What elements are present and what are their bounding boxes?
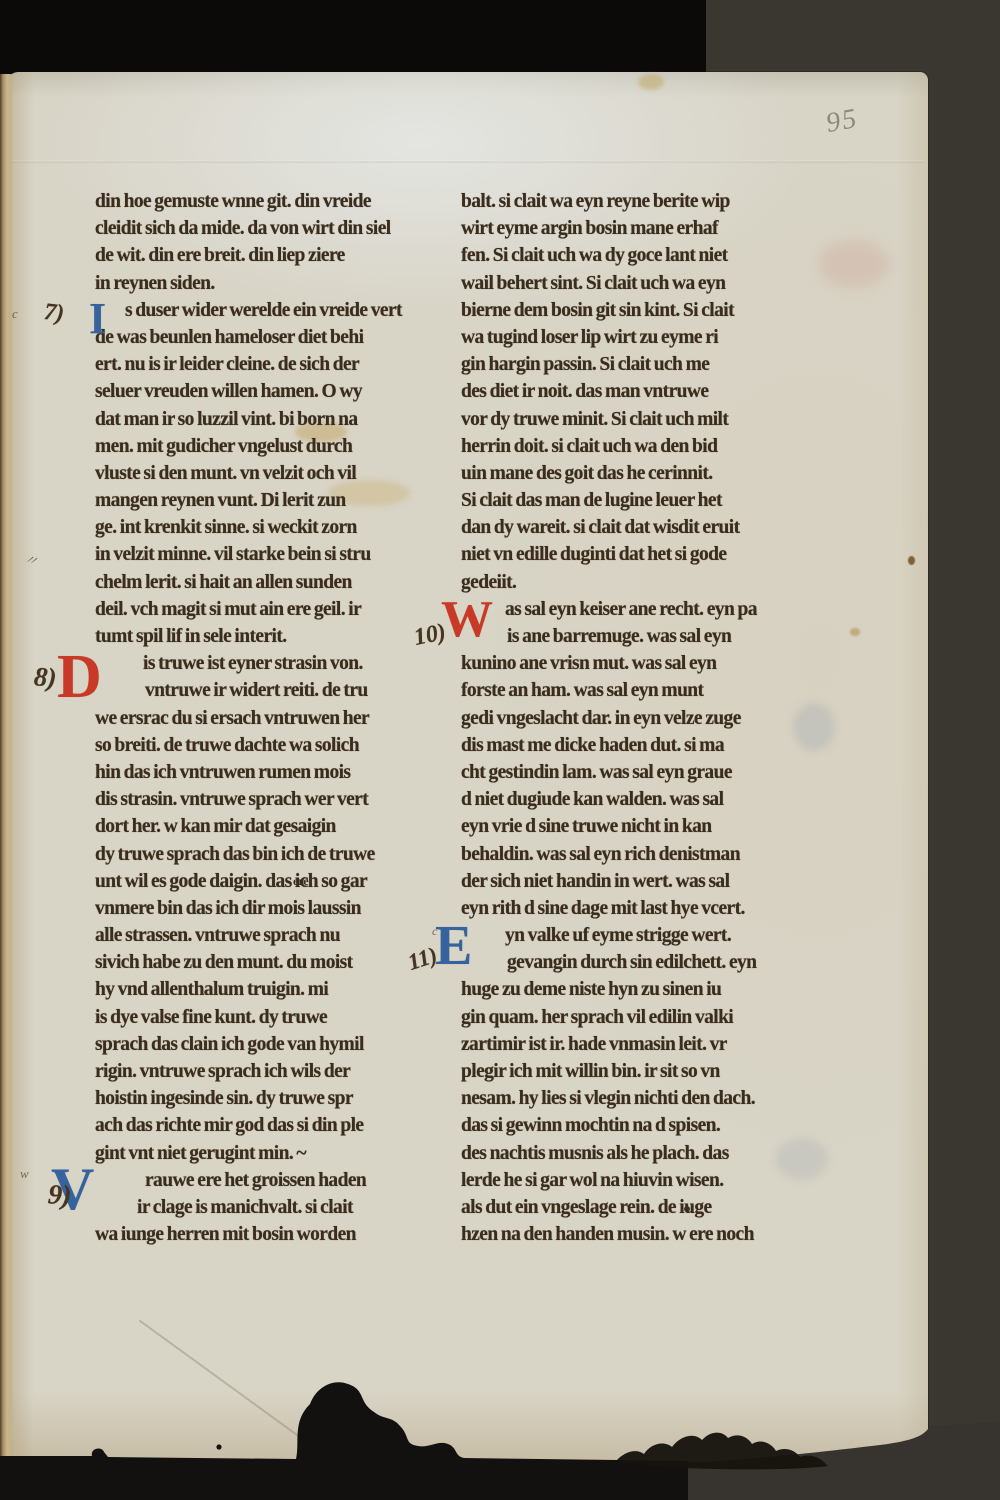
text-line: in velzit minne. vil starke bein si stru bbox=[95, 541, 440, 568]
text-line: des diet ir noit. das man vntruwe bbox=[461, 378, 845, 405]
text-line: chelm lerit. si hait an allen sunden bbox=[95, 569, 440, 596]
text-line: nesam. hy lies si vlegin nichti den dach… bbox=[461, 1085, 845, 1112]
text-line: is dye valse fine kunt. dy truwe bbox=[95, 1004, 440, 1031]
text-line: ach das richte mir god das si din ple bbox=[95, 1112, 440, 1139]
text-line: huge zu deme niste hyn zu sinen iu bbox=[461, 976, 845, 1003]
text-line: als dut ein vngeslage rein. de iuge bbox=[461, 1194, 845, 1221]
text-line: alle strassen. vntruwe sprach nu bbox=[95, 922, 440, 949]
text-line: s duser wider werelde ein vreide vert bbox=[125, 297, 440, 324]
text-line: eyn rith d sine dage mit last hye vcert. bbox=[461, 895, 845, 922]
text-line: seluer vreuden willen hamen. O wy bbox=[95, 378, 440, 405]
text-column-left: din hoe gemuste wnne git. din vreideclei… bbox=[95, 188, 440, 1248]
text-line: wa iunge herren mit bosin worden bbox=[95, 1221, 440, 1248]
text-line: uin mane des goit das he cerinnit. bbox=[461, 460, 845, 487]
text-line: de wit. din ere breit. din liep ziere bbox=[95, 242, 440, 269]
interlinear-insertion: ere bbox=[293, 874, 309, 889]
text-line: des nachtis musnis als he plach. das bbox=[461, 1140, 845, 1167]
text-line: hzen na den handen musin. w ere noch bbox=[461, 1221, 845, 1248]
burn-hole-blob bbox=[0, 1382, 688, 1500]
text-line: niet vn edille duginti dat het si gode bbox=[461, 541, 845, 568]
text-line: hin das ich vntruwen rumen mois bbox=[95, 759, 440, 786]
text-line: dy truwe sprach das bin ich de truwe bbox=[95, 841, 440, 868]
soot-speck bbox=[216, 1444, 221, 1449]
text-line: Si clait das man de lugine leuer het bbox=[461, 487, 845, 514]
text-line: gevangin durch sin edilchett. eyn bbox=[507, 949, 845, 976]
text-line: men. mit gudicher vngelust durch bbox=[95, 433, 440, 460]
manuscript-section: Is duser wider werelde ein vreide vertde… bbox=[95, 297, 440, 650]
text-line: vluste si den munt. vn velzit och vil bbox=[95, 460, 440, 487]
text-line: wail behert sint. Si clait uch wa eyn bbox=[461, 270, 845, 297]
text-line: lerde he si gar wol na hiuvin wisen. bbox=[461, 1167, 845, 1194]
manuscript-section: balt. si clait wa eyn reyne berite wipwi… bbox=[461, 188, 845, 596]
manuscript-photograph: { "photo": { "page_number": "95" }, "col… bbox=[0, 0, 1000, 1500]
margin-number-9: 9) bbox=[47, 1179, 73, 1213]
text-line: eyn vrie d sine truwe nicht in kan bbox=[461, 813, 845, 840]
text-line: behaldin. was sal eyn rich denistman bbox=[461, 841, 845, 868]
parchment-crease bbox=[12, 160, 924, 163]
text-line: unt wil es gode daigin. das ich so gar bbox=[95, 868, 440, 895]
text-line: deil. vch magit si mut ain ere geil. ir bbox=[95, 596, 440, 623]
text-line: cleidit sich da mide. da von wirt din si… bbox=[95, 215, 440, 242]
text-line: gin hargin passin. Si clait uch me bbox=[461, 351, 845, 378]
text-line: gint vnt niet gerugint min. ~ bbox=[95, 1140, 440, 1167]
correction-mark: w bbox=[20, 1166, 29, 1182]
illuminated-initial-W: W bbox=[441, 594, 493, 646]
text-line: in reynen siden. bbox=[95, 270, 440, 297]
text-line: dort her. w kan mir dat gesaigin bbox=[95, 813, 440, 840]
text-line: rauwe ere het groissen haden bbox=[145, 1167, 440, 1194]
text-column-right: balt. si clait wa eyn reyne berite wipwi… bbox=[461, 188, 845, 1248]
margin-number-8: 8) bbox=[33, 661, 58, 693]
text-line: hy vnd allenthalum truigin. mi bbox=[95, 976, 440, 1003]
text-line: de was beunlen hameloser diet behi bbox=[95, 324, 440, 351]
text-line: mangen reynen vunt. Di lerit zun bbox=[95, 487, 440, 514]
burn-damage bbox=[0, 1330, 1000, 1500]
text-line: vntruwe ir widert reiti. de tru bbox=[145, 677, 440, 704]
text-line: kunino ane vrisn mut. was sal eyn bbox=[461, 650, 845, 677]
text-line: plegir ich mit willin bin. ir sit so vn bbox=[461, 1058, 845, 1085]
text-line: ir clage is manichvalt. si clait bbox=[137, 1194, 440, 1221]
text-line: tumt spil lif in sele interit. bbox=[95, 623, 440, 650]
text-line: dis mast me dicke haden dut. si ma bbox=[461, 732, 845, 759]
text-line: sivich habe zu den munt. du moist bbox=[95, 949, 440, 976]
text-line: d niet dugiude kan walden. was sal bbox=[461, 786, 845, 813]
binding-edge bbox=[0, 74, 14, 1462]
text-line: ge. int krenkit sinne. si weckit zorn bbox=[95, 514, 440, 541]
text-line: gin quam. her sprach vil edilin valki bbox=[461, 1004, 845, 1031]
text-line: yn valke uf eyme strigge wert. bbox=[505, 922, 845, 949]
text-line: forste an ham. was sal eyn munt bbox=[461, 677, 845, 704]
illuminated-initial-D: D bbox=[57, 646, 102, 708]
text-line: dat man ir so luzzil vint. bi born na bbox=[95, 406, 440, 433]
text-line: rigin. vntruwe sprach ich wils der bbox=[95, 1058, 440, 1085]
text-line: vor dy truwe minit. Si clait uch milt bbox=[461, 406, 845, 433]
book-gutter-shadow bbox=[0, 0, 706, 78]
margin-number-7: 7) bbox=[43, 299, 66, 328]
text-line: sprach das clain ich gode van hymil bbox=[95, 1031, 440, 1058]
text-line: so breiti. de truwe dachte wa solich bbox=[95, 732, 440, 759]
manuscript-section: Eyn valke uf eyme strigge wert.gevangin … bbox=[461, 922, 845, 1248]
text-line: dis strasin. vntruwe sprach wer vert bbox=[95, 786, 440, 813]
text-line: dan dy wareit. si clait dat wisdit eruit bbox=[461, 514, 845, 541]
text-line: herrin doit. si clait uch wa den bid bbox=[461, 433, 845, 460]
text-line: gedeiit. bbox=[461, 569, 845, 596]
correction-mark: c bbox=[12, 306, 18, 322]
manuscript-section: din hoe gemuste wnne git. din vreideclei… bbox=[95, 188, 440, 297]
text-line: zartimir ist ir. hade vnmasin leit. vr bbox=[461, 1031, 845, 1058]
manuscript-section: Dis truwe ist eyner strasin von.vntruwe … bbox=[95, 650, 440, 1167]
text-line: wa tugind loser lip wirt zu eyme ri bbox=[461, 324, 845, 351]
illuminated-initial-I: I bbox=[89, 297, 106, 341]
text-line: hoistin ingesinde sin. dy truwe spr bbox=[95, 1085, 440, 1112]
text-line: we ersrac du si ersach vntruwen her bbox=[95, 705, 440, 732]
text-line: din hoe gemuste wnne git. din vreide bbox=[95, 188, 440, 215]
charred-scallops bbox=[616, 1433, 828, 1470]
manuscript-section: Vrauwe ere het groissen hadenir clage is… bbox=[95, 1167, 440, 1249]
text-line: der sich niet handin in wert. was sal bbox=[461, 868, 845, 895]
text-line: cht gestindin lam. was sal eyn graue bbox=[461, 759, 845, 786]
text-line: das si gewinn mochtin na d spisen. bbox=[461, 1112, 845, 1139]
text-line: balt. si clait wa eyn reyne berite wip bbox=[461, 188, 845, 215]
text-line: fen. Si clait uch wa dy goce lant niet bbox=[461, 242, 845, 269]
text-line: is truwe ist eyner strasin von. bbox=[143, 650, 440, 677]
correction-mark: c bbox=[432, 924, 437, 939]
text-line: wirt eyme argin bosin mane erhaf bbox=[461, 215, 845, 242]
text-line: gedi vngeslacht dar. in eyn velze zuge bbox=[461, 705, 845, 732]
manuscript-section: Was sal eyn keiser ane recht. eyn pais a… bbox=[461, 596, 845, 922]
text-line: is ane barremuge. was sal eyn bbox=[507, 623, 845, 650]
text-line: ert. nu is ir leider cleine. de sich der bbox=[95, 351, 440, 378]
text-line: vnmere bin das ich dir mois laussin bbox=[95, 895, 440, 922]
text-line: bierne dem bosin git sin kint. Si clait bbox=[461, 297, 845, 324]
text-line: as sal eyn keiser ane recht. eyn pa bbox=[505, 596, 845, 623]
